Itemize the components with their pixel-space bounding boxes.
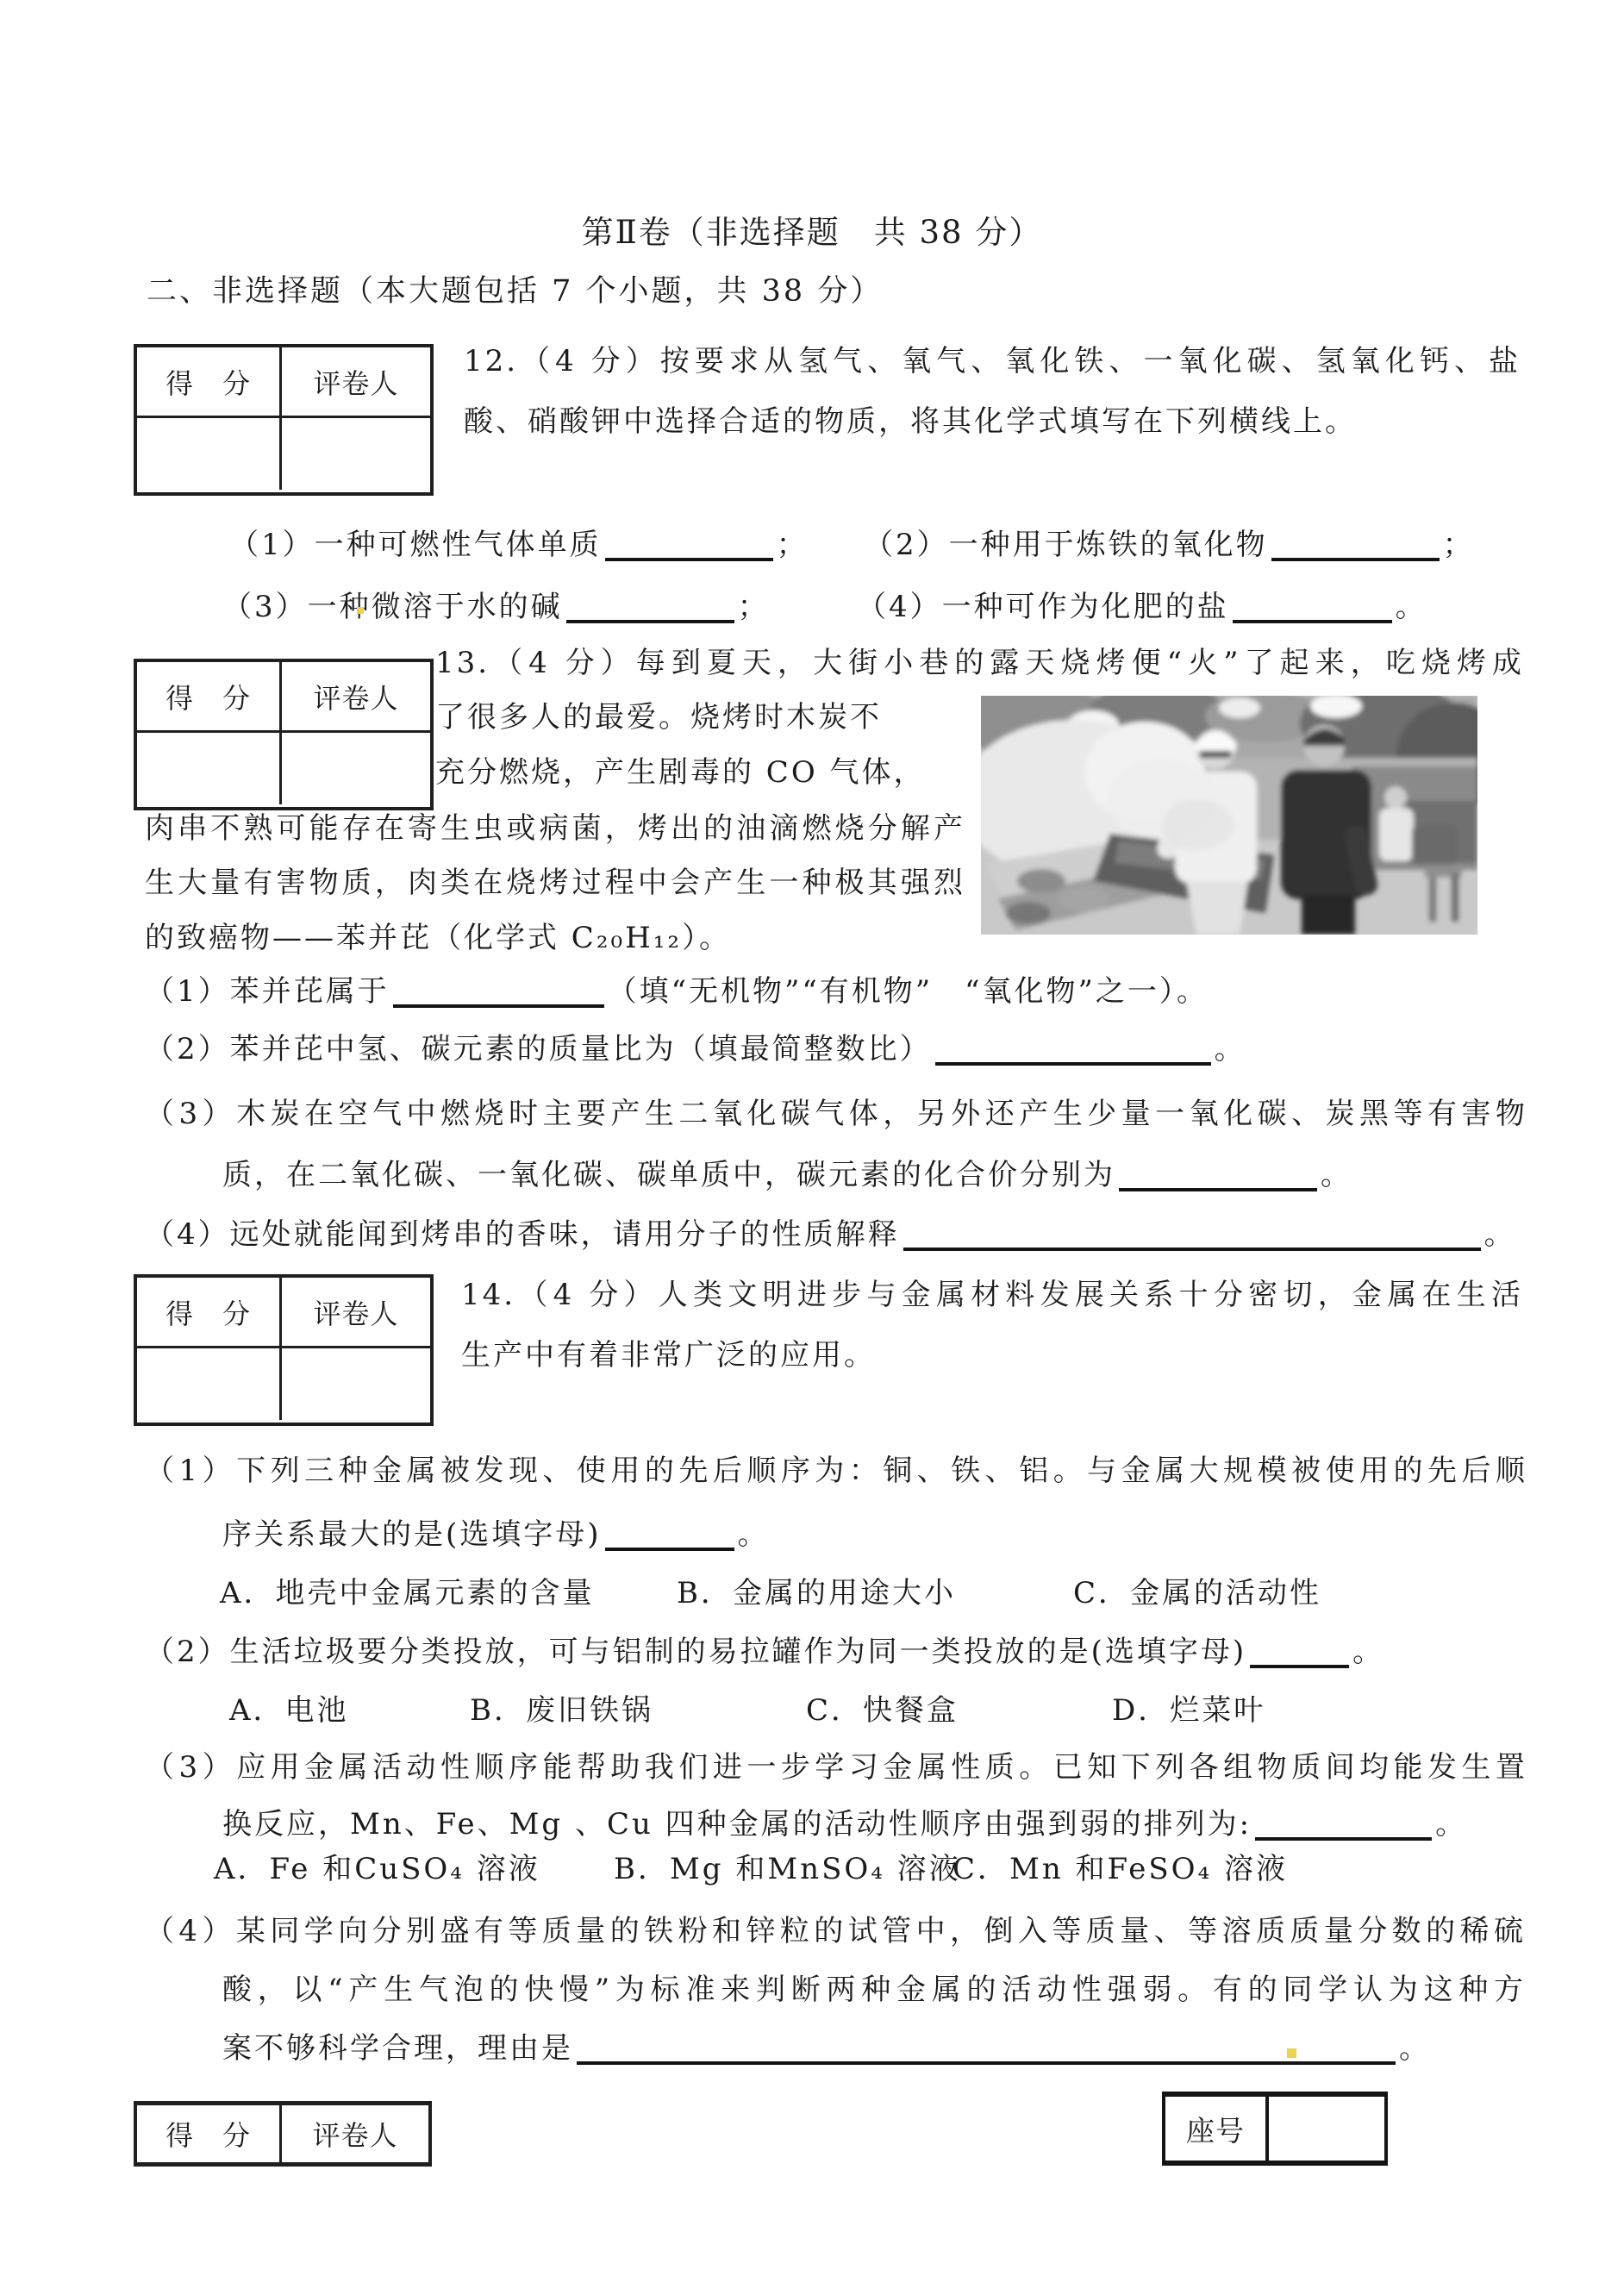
q14-item-3-text: 换反应，Mn、Fe、Mg 、Cu 四种金属的活动性顺序由强到弱的排列为:	[222, 1807, 1252, 1842]
q14-item-4-punct: 。	[1399, 2031, 1431, 2066]
q13-item-4: （4）远处就能闻到烤串的香味，请用分子的性质解释。	[145, 1217, 1516, 1252]
q12-item-3-text: （3）一种微溶于水的碱	[222, 590, 563, 624]
q14-item-1-text: 序关系最大的是(选填字母)	[222, 1517, 602, 1552]
q14-item-1-punct: 。	[738, 1517, 770, 1552]
q14-answer-blank-2[interactable]	[1250, 1639, 1349, 1668]
q13-answer-blank-3[interactable]	[1119, 1162, 1317, 1191]
q13-item-2-text: （2）苯并芘中氢、碳元素的质量比为（填最简整数比）	[145, 1032, 932, 1066]
q13-item-1-note: （填“无机物”“有机物” “氧化物”之一）。	[608, 974, 1209, 1009]
q12-item-2-punct: ；	[1443, 528, 1475, 562]
q13-stem-line-1: 13.（4 分）每到夏天，大街小巷的露天烧烤便“火”了起来，吃烧烤成	[435, 646, 1524, 680]
q12-answer-blank-2[interactable]	[1271, 532, 1440, 561]
q14-item-3-option-a: A．Fe 和CuSO₄ 溶液	[214, 1852, 540, 1886]
score-cell[interactable]	[137, 1348, 282, 1420]
q14-item-1-line-2: 序关系最大的是(选填字母)。	[222, 1517, 770, 1552]
q13-item-4-text: （4）远处就能闻到烤串的香味，请用分子的性质解释	[145, 1217, 900, 1252]
score-label: 得 分	[137, 662, 282, 730]
seat-number-cell[interactable]	[1269, 2097, 1384, 2161]
q14-answer-blank-3[interactable]	[1255, 1811, 1432, 1841]
q12-answer-blank-1[interactable]	[605, 532, 773, 561]
q13-stem-line-5: 生大量有害物质，肉类在烧烤过程中会产生一种极其强烈	[145, 866, 965, 900]
q12-item-4-text: （4）一种可作为化肥的盐	[857, 590, 1229, 624]
q14-item-4-line-2: 酸，以“产生气泡的快慢”为标准来判断两种金属的活动性强弱。有的同学认为这种方	[222, 1973, 1526, 2007]
q13-item-1: （1）苯并芘属于（填“无机物”“有机物” “氧化物”之一）。	[145, 974, 1209, 1009]
grader-cell[interactable]	[282, 1348, 430, 1420]
grader-label: 评卷人	[282, 1278, 430, 1346]
q13-item-4-punct: 。	[1484, 1217, 1516, 1252]
q14-item-1-line-1: （1）下列三种金属被发现、使用的先后顺序为：铜、铁、铝。与金属大规模被使用的先后…	[145, 1454, 1527, 1488]
grader-label: 评卷人	[282, 347, 430, 416]
q12-item-3: （3）一种微溶于水的碱；	[222, 590, 770, 624]
q13-item-2-punct: 。	[1215, 1032, 1246, 1066]
grader-label: 评卷人	[282, 662, 430, 730]
q14-item-4-text: 案不够科学合理，理由是	[222, 2031, 573, 2066]
seat-number-box: 座号	[1162, 2092, 1388, 2166]
q13-item-3-line-2: 质，在二氧化碳、一氧化碳、碳单质中，碳元素的化合价分别为。	[222, 1158, 1352, 1192]
q14-item-2-punct: 。	[1352, 1635, 1384, 1669]
q14-item-2-option-c: C．快餐盒	[806, 1693, 959, 1728]
grader-cell[interactable]	[282, 418, 430, 490]
score-box-q12: 得 分 评卷人	[134, 344, 434, 496]
q12-stem-line-1: 12.（4 分）按要求从氢气、氧气、氧化铁、一氧化碳、氢氧化钙、盐	[464, 344, 1521, 378]
q13-answer-blank-1[interactable]	[393, 979, 604, 1008]
q12-item-4-punct: 。	[1396, 590, 1427, 624]
score-box-q13: 得 分 评卷人	[134, 659, 434, 810]
q12-item-2: （2）一种用于炼铁的氧化物；	[864, 528, 1475, 562]
q12-item-2-text: （2）一种用于炼铁的氧化物	[864, 528, 1268, 562]
q14-item-1-option-a: A．地壳中金属元素的含量	[220, 1576, 595, 1610]
q13-stem-line-4: 肉串不熟可能存在寄生虫或病菌，烤出的油滴燃烧分解产	[145, 811, 965, 846]
q14-item-2-option-b: B．废旧铁锅	[470, 1693, 653, 1728]
score-label: 得 分	[137, 2105, 282, 2162]
q12-item-3-punct: ；	[738, 590, 770, 624]
q14-item-3-option-c: C．Mn 和FeSO₄ 溶液	[953, 1852, 1288, 1886]
score-label: 得 分	[137, 347, 282, 416]
q13-answer-blank-2[interactable]	[935, 1036, 1211, 1066]
highlight-mark-large	[1287, 2048, 1296, 2058]
q14-item-2-option-a: A．电池	[229, 1693, 349, 1728]
grader-cell[interactable]	[282, 733, 430, 804]
bbq-street-photo	[981, 696, 1477, 935]
q12-item-1-punct: ；	[777, 528, 809, 562]
q14-item-3-option-b: B．Mg 和MnSO₄ 溶液	[614, 1852, 961, 1886]
q14-answer-blank-4[interactable]	[577, 2035, 1396, 2065]
q14-item-3-line-2: 换反应，Mn、Fe、Mg 、Cu 四种金属的活动性顺序由强到弱的排列为:。	[222, 1807, 1467, 1842]
q14-item-2-text: （2）生活垃圾要分类投放，可与铝制的易拉罐作为同一类投放的是(选填字母)	[145, 1635, 1246, 1669]
q13-stem-line-2: 了很多人的最爱。烧烤时木炭不	[435, 700, 882, 735]
bbq-photo-graphic	[981, 696, 1477, 935]
score-box-q14: 得 分 评卷人	[134, 1274, 434, 1426]
q13-answer-blank-4[interactable]	[903, 1222, 1481, 1251]
q12-item-1: （1）一种可燃性气体单质；	[229, 528, 809, 562]
q12-answer-blank-4[interactable]	[1233, 594, 1392, 623]
grader-label: 评卷人	[282, 2105, 428, 2162]
q14-item-2-option-d: D．烂菜叶	[1112, 1693, 1265, 1728]
q13-item-3-line-1: （3）木炭在空气中燃烧时主要产生二氧化碳气体，另外还产生少量一氧化碳、炭黑等有害…	[145, 1097, 1527, 1131]
q12-item-1-text: （1）一种可燃性气体单质	[229, 528, 602, 562]
q12-stem-line-2: 酸、硝酸钾中选择合适的物质，将其化学式填写在下列横线上。	[464, 404, 1357, 439]
page-title: 第Ⅱ卷（非选择题 共 38 分）	[0, 214, 1624, 252]
q13-item-2: （2）苯并芘中氢、碳元素的质量比为（填最简整数比）。	[145, 1032, 1246, 1066]
score-label: 得 分	[137, 1278, 282, 1346]
highlight-mark-small	[357, 607, 364, 614]
q13-item-3-punct: 。	[1321, 1158, 1352, 1192]
q14-answer-blank-1[interactable]	[605, 1522, 734, 1551]
score-box-next: 得 分 评卷人	[134, 2101, 432, 2167]
q13-item-1-text: （1）苯并芘属于	[145, 974, 390, 1009]
score-cell[interactable]	[137, 733, 282, 804]
q13-item-3-text: 质，在二氧化碳、一氧化碳、碳单质中，碳元素的化合价分别为	[222, 1158, 1115, 1192]
q14-item-2: （2）生活垃圾要分类投放，可与铝制的易拉罐作为同一类投放的是(选填字母)。	[145, 1635, 1384, 1669]
seat-number-label: 座号	[1165, 2097, 1269, 2161]
exam-page: 第Ⅱ卷（非选择题 共 38 分） 二、非选择题（本大题包括 7 个小题，共 38…	[0, 0, 1624, 2295]
q14-item-4-line-3: 案不够科学合理，理由是。	[222, 2031, 1431, 2066]
q14-item-3-line-1: （3）应用金属活动性顺序能帮助我们进一步学习金属性质。已知下列各组物质间均能发生…	[145, 1750, 1527, 1785]
q14-item-3-punct: 。	[1435, 1807, 1467, 1842]
q14-stem-line-1: 14.（4 分）人类文明进步与金属材料发展关系十分密切，金属在生活	[461, 1278, 1523, 1312]
q12-item-4: （4）一种可作为化肥的盐。	[857, 590, 1427, 624]
q14-stem-line-2: 生产中有着非常广泛的应用。	[461, 1338, 876, 1373]
q14-item-1-option-b: B．金属的用途大小	[677, 1576, 956, 1610]
q13-stem-line-3: 充分燃烧，产生剧毒的 CO 气体，	[435, 755, 926, 790]
score-cell[interactable]	[137, 418, 282, 490]
q14-item-1-option-c: C．金属的活动性	[1073, 1576, 1321, 1610]
section-heading: 二、非选择题（本大题包括 7 个小题，共 38 分）	[147, 274, 883, 310]
q14-item-4-line-1: （4）某同学向分别盛有等质量的铁粉和锌粒的试管中，倒入等质量、等溶质质量分数的稀…	[145, 1914, 1526, 1948]
q12-answer-blank-3[interactable]	[566, 594, 734, 623]
q13-stem-line-6: 的致癌物——苯并芘（化学式 C₂₀H₁₂）。	[145, 921, 731, 955]
